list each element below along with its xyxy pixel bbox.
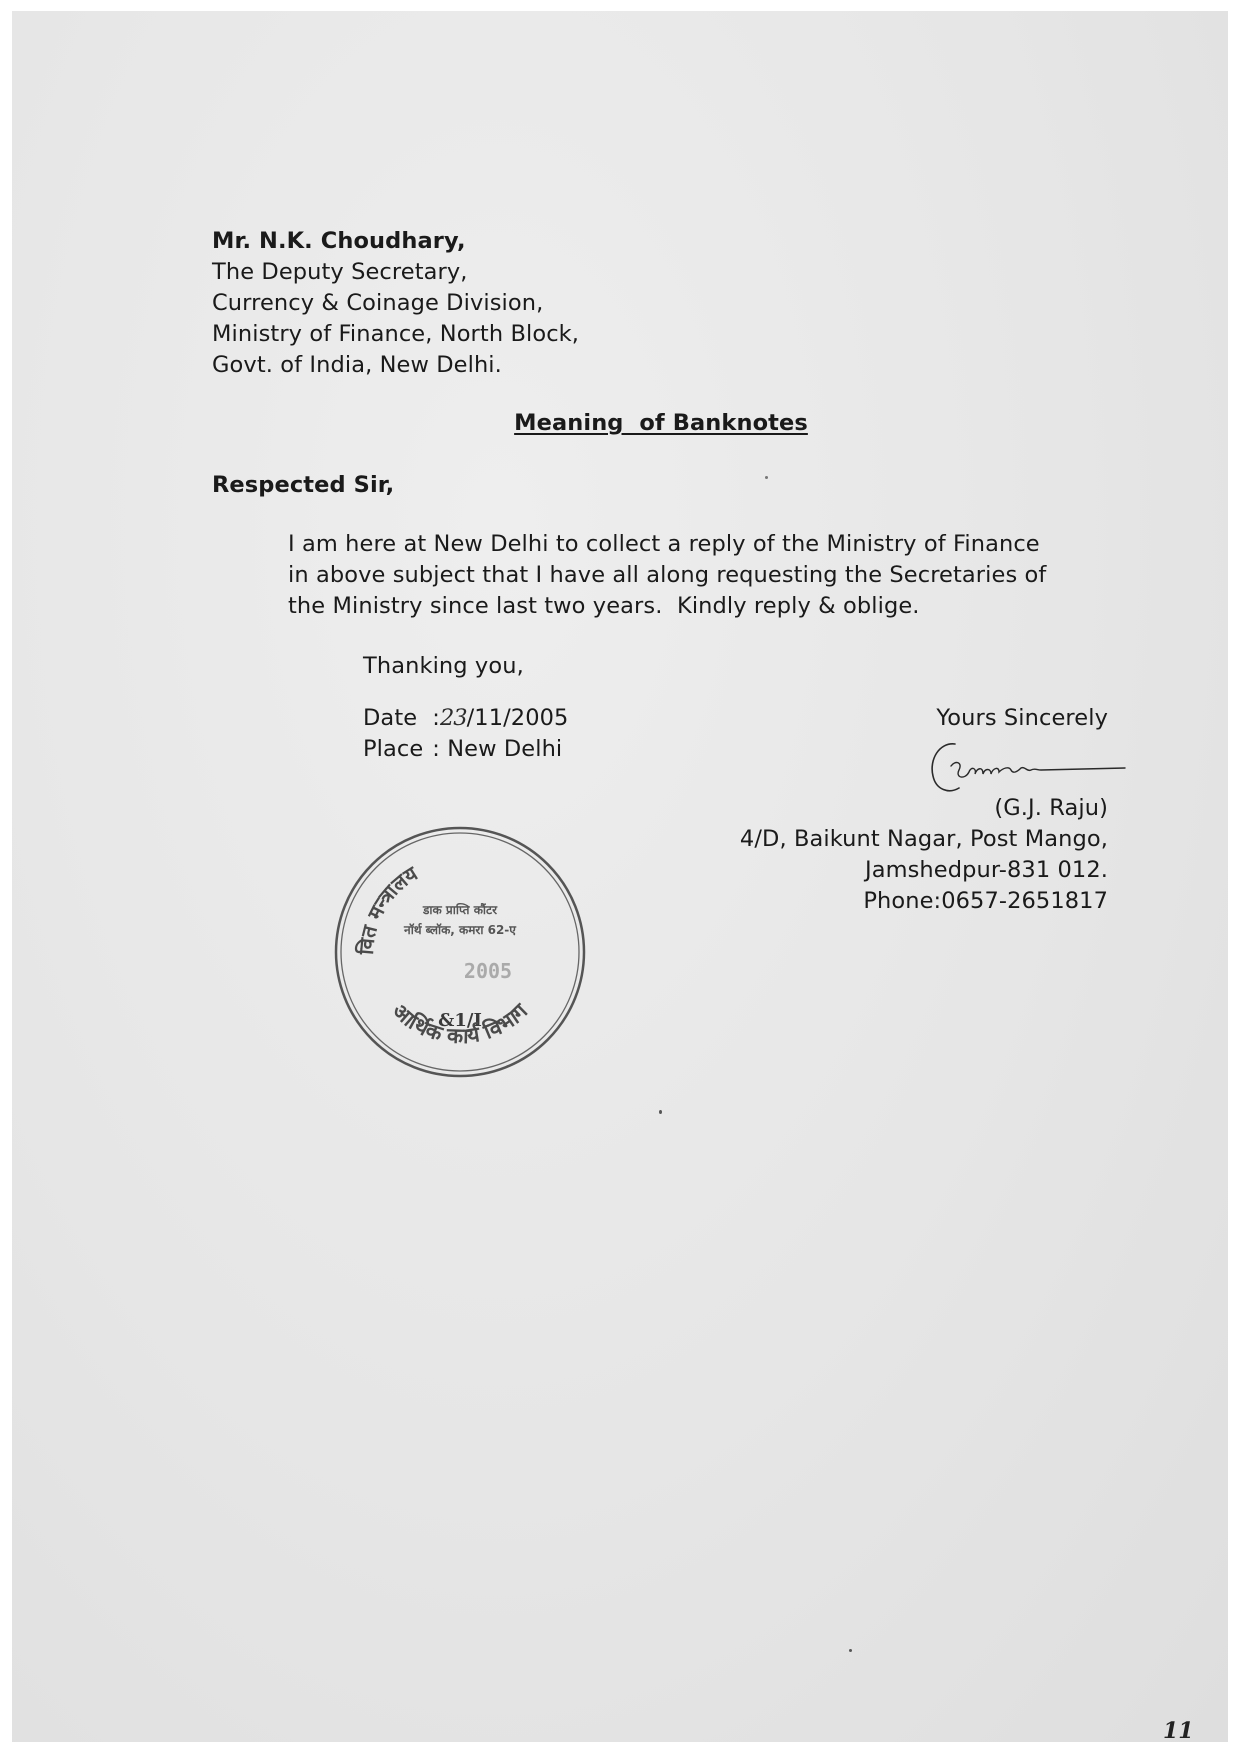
place-value: New Delhi: [447, 736, 562, 762]
place-label: Place: [363, 734, 415, 765]
page-number: 11: [1163, 1718, 1194, 1744]
handwritten-signature: [925, 738, 1135, 798]
date-rest: /11/2005: [467, 705, 569, 731]
date-place-block: Date :23/11/2005 Place : New Delhi: [363, 703, 568, 765]
date-line: Date :23/11/2005: [363, 703, 568, 734]
stamp-year: 2005: [464, 959, 512, 983]
thanks-line: Thanking you,: [363, 651, 524, 682]
salutation: Respected Sir,: [212, 470, 394, 501]
recipient-line: Currency & Coinage Division,: [212, 288, 579, 319]
sender-address-line: 4/D, Baikunt Nagar, Post Mango,: [740, 824, 1108, 855]
body-line: I am here at New Delhi to collect a repl…: [288, 529, 1046, 560]
sender-name: (G.J. Raju): [740, 793, 1108, 824]
sender-phone: Phone:0657-2651817: [740, 886, 1108, 917]
recipient-line: Ministry of Finance, North Block,: [212, 319, 579, 350]
scan-speck: [765, 476, 768, 479]
sender-block: (G.J. Raju) 4/D, Baikunt Nagar, Post Man…: [740, 793, 1108, 917]
recipient-line: Govt. of India, New Delhi.: [212, 350, 579, 381]
subject-heading: Meaning of Banknotes: [0, 408, 1241, 439]
place-separator: :: [432, 736, 440, 762]
date-day-handwritten: 23: [440, 705, 467, 731]
scan-speck: [659, 1110, 662, 1114]
stamp-line-1: डाक प्राप्ति कौंटर: [422, 903, 498, 917]
stamp-line-2: नॉर्थ ब्लॉक, कमरा 62-ए: [403, 923, 517, 937]
date-separator: :: [432, 705, 440, 731]
recipient-line: The Deputy Secretary,: [212, 257, 579, 288]
scan-speck: [849, 1649, 852, 1652]
sender-address-line: Jamshedpur-831 012.: [740, 855, 1108, 886]
closing: Yours Sincerely: [936, 703, 1108, 734]
place-line: Place : New Delhi: [363, 734, 568, 765]
recipient-name: Mr. N.K. Choudhary,: [212, 226, 579, 257]
date-label: Date: [363, 703, 415, 734]
body-line: the Ministry since last two years. Kindl…: [288, 591, 1046, 622]
body-line: in above subject that I have all along r…: [288, 560, 1046, 591]
recipient-address-block: Mr. N.K. Choudhary, The Deputy Secretary…: [212, 226, 579, 381]
ministry-receipt-stamp: वित मन्त्रालय डाक प्राप्ति कौंटर नॉर्थ ब…: [328, 820, 593, 1085]
body-paragraph: I am here at New Delhi to collect a repl…: [288, 529, 1046, 622]
